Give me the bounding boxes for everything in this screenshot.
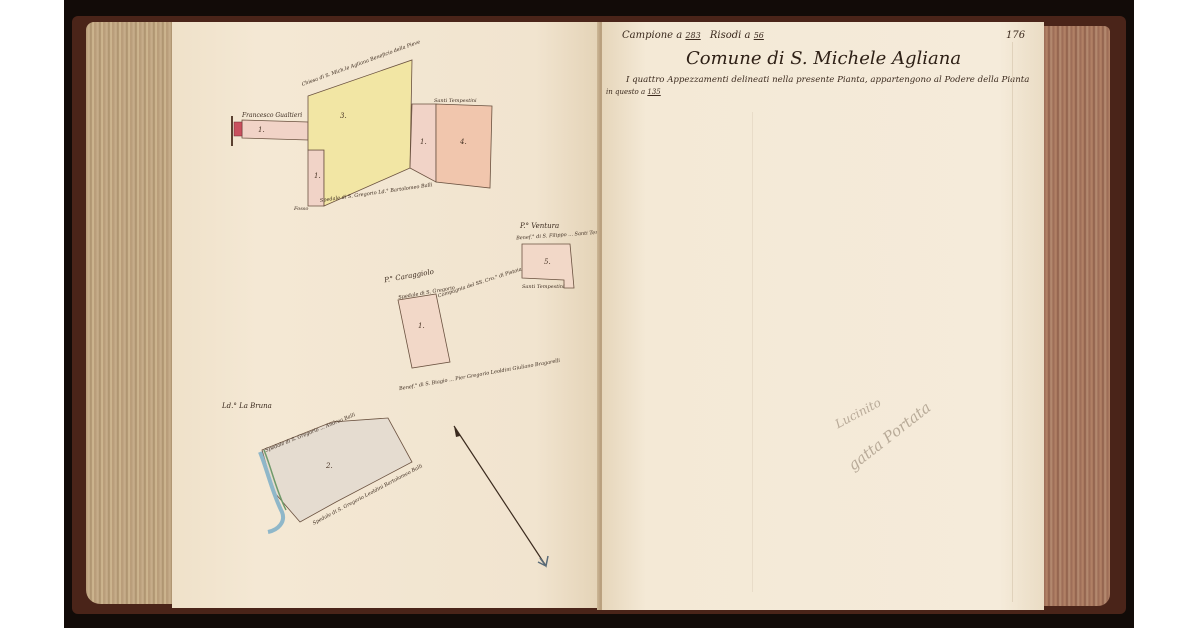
north-arrow-icon xyxy=(454,426,546,566)
right-page-edges xyxy=(1044,26,1110,606)
boundary-note: Santi Tempestini xyxy=(522,284,565,290)
plot-4 xyxy=(436,104,492,188)
boundary-note: Francesco Gualtieri xyxy=(242,112,302,119)
plot-number: 1. xyxy=(420,138,427,146)
plot-number: 1. xyxy=(314,172,321,180)
campione-value: 283 xyxy=(685,31,700,40)
boundary-note: Santi Tempestini xyxy=(434,98,477,104)
plot-number: 4. xyxy=(460,138,467,146)
plot-number: 3. xyxy=(340,112,347,120)
pencil-note-1: Lucinito xyxy=(833,395,884,431)
map-drawing xyxy=(172,22,600,608)
plot-3 xyxy=(308,60,412,206)
right-page-text: Campione a 283 Risodi a 56 176 Comune di… xyxy=(602,22,1044,610)
page-number: 176 xyxy=(1006,30,1025,41)
campione-label: Campione a xyxy=(622,30,682,41)
locality-label: P.° Ventura xyxy=(520,222,559,230)
risodi-value: 56 xyxy=(754,31,794,40)
description-line-1: I quattro Appezzamenti delineati nella p… xyxy=(626,75,1029,85)
plot-1-strip xyxy=(242,120,308,140)
description-line-2: in questo a 135 xyxy=(606,88,661,96)
plot-number: 2. xyxy=(326,462,333,470)
plot-1-caraggiolo xyxy=(398,294,450,368)
book-photo: 1. 1. 3. 1. 4. 5. 1. 2. Francesco Gualti… xyxy=(64,0,1134,628)
plot-number: 1. xyxy=(258,126,265,134)
page-title: Comune di S. Michele Agliana xyxy=(686,48,961,69)
boundary-note: Fosso xyxy=(294,206,308,212)
risodi-label: Risodi a xyxy=(710,30,751,41)
building-icon xyxy=(234,122,242,136)
register-header: Campione a 283 Risodi a 56 xyxy=(622,30,794,41)
plot-number: 1. xyxy=(418,322,425,330)
locality-label: Ld.° La Bruna xyxy=(222,402,272,410)
plot-number: 5. xyxy=(544,258,551,266)
left-page-edges xyxy=(86,22,176,604)
left-page-map: 1. 1. 3. 1. 4. 5. 1. 2. Francesco Gualti… xyxy=(172,22,600,608)
plot-5 xyxy=(522,244,574,288)
